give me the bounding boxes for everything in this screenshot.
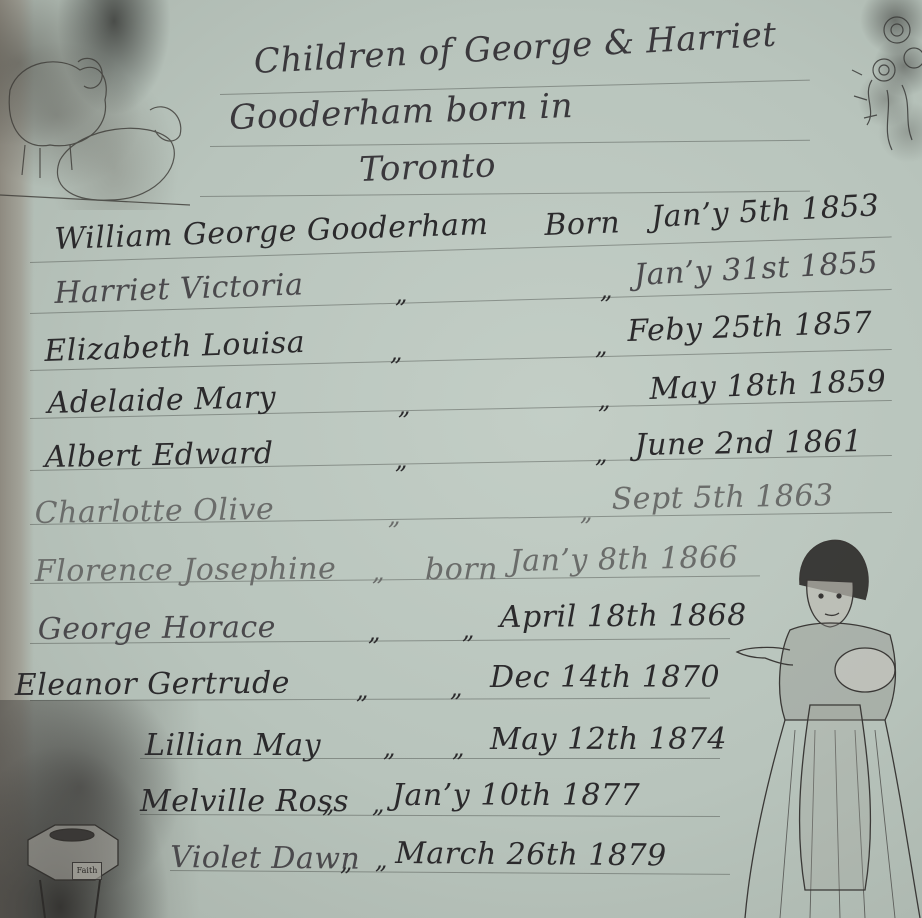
entry-name: Lillian May — [145, 728, 321, 763]
entry-name: Violet Dawn — [170, 840, 360, 877]
entry-ditto-mark: „ — [375, 846, 388, 874]
entry-name: Florence Josephine — [35, 551, 337, 589]
entry-date: June 2nd 1861 — [634, 424, 863, 463]
entry-ditto-mark: „ — [450, 674, 463, 702]
entry-ditto-mark: „ — [598, 386, 611, 414]
woman-holding-infant-engraving-icon — [725, 530, 922, 918]
entry-ditto-mark: „ — [595, 332, 608, 360]
entry-ditto-mark: „ — [372, 558, 385, 586]
entry-name: George Horace — [38, 610, 276, 647]
entry-name: Harriet Victoria — [54, 267, 304, 311]
ruled-line — [210, 140, 810, 147]
entry-name: Albert Edward — [44, 436, 273, 475]
entry-ditto-mark: „ — [356, 676, 369, 704]
entry-born-label: born — [425, 552, 498, 587]
entry-ditto-mark: „ — [398, 392, 411, 420]
heading-line-2: Gooderham born in — [229, 86, 574, 138]
entry-ditto-mark: „ — [395, 280, 408, 308]
entry-ditto-mark: „ — [580, 498, 593, 526]
entry-ditto-mark: „ — [390, 338, 403, 366]
entry-ditto-mark: „ — [462, 616, 475, 644]
entry-date: Dec 14th 1870 — [490, 660, 720, 695]
entry-name: Elizabeth Louisa — [44, 325, 306, 369]
entry-date: Jan’y 31st 1855 — [633, 245, 879, 293]
entry-date: Jan’y 10th 1877 — [392, 778, 640, 813]
entry-date: Feby 25th 1857 — [627, 305, 873, 349]
font-label: Faith — [72, 862, 102, 880]
entry-date: May 12th 1874 — [490, 722, 727, 757]
entry-ditto-mark: „ — [600, 276, 613, 304]
entry-ditto-mark: „ — [340, 848, 353, 876]
sheep-engraving-icon — [0, 0, 190, 210]
entry-ditto-mark: „ — [595, 440, 608, 468]
entry-ditto-mark: „ — [388, 502, 401, 530]
entry-born-label: Born — [544, 205, 621, 243]
entry-name: Charlotte Olive — [34, 492, 274, 531]
entry-date: Jan’y 5th 1853 — [650, 188, 880, 235]
entry-name: Adelaide Mary — [47, 380, 276, 421]
entry-date: April 18th 1868 — [500, 598, 747, 635]
entry-date: Jan’y 8th 1866 — [509, 540, 738, 579]
entry-ditto-mark: „ — [452, 734, 465, 762]
floral-engraving-icon — [832, 0, 922, 165]
entry-date: March 26th 1879 — [395, 836, 667, 873]
register-page: Faith — [0, 0, 922, 918]
heading-line-1: Children of George & Harriet — [253, 15, 778, 82]
entry-name: Eleanor Gertrude — [15, 666, 290, 703]
entry-date: Sept 5th 1863 — [611, 478, 834, 517]
entry-ditto-mark: „ — [372, 790, 385, 818]
entry-ditto-mark: „ — [368, 618, 381, 646]
entry-ditto-mark: „ — [322, 790, 335, 818]
entry-ditto-mark: „ — [395, 446, 408, 474]
entry-name: Melville Ross — [140, 784, 349, 819]
heading-line-3: Toronto — [359, 145, 497, 190]
entry-ditto-mark: „ — [383, 734, 396, 762]
